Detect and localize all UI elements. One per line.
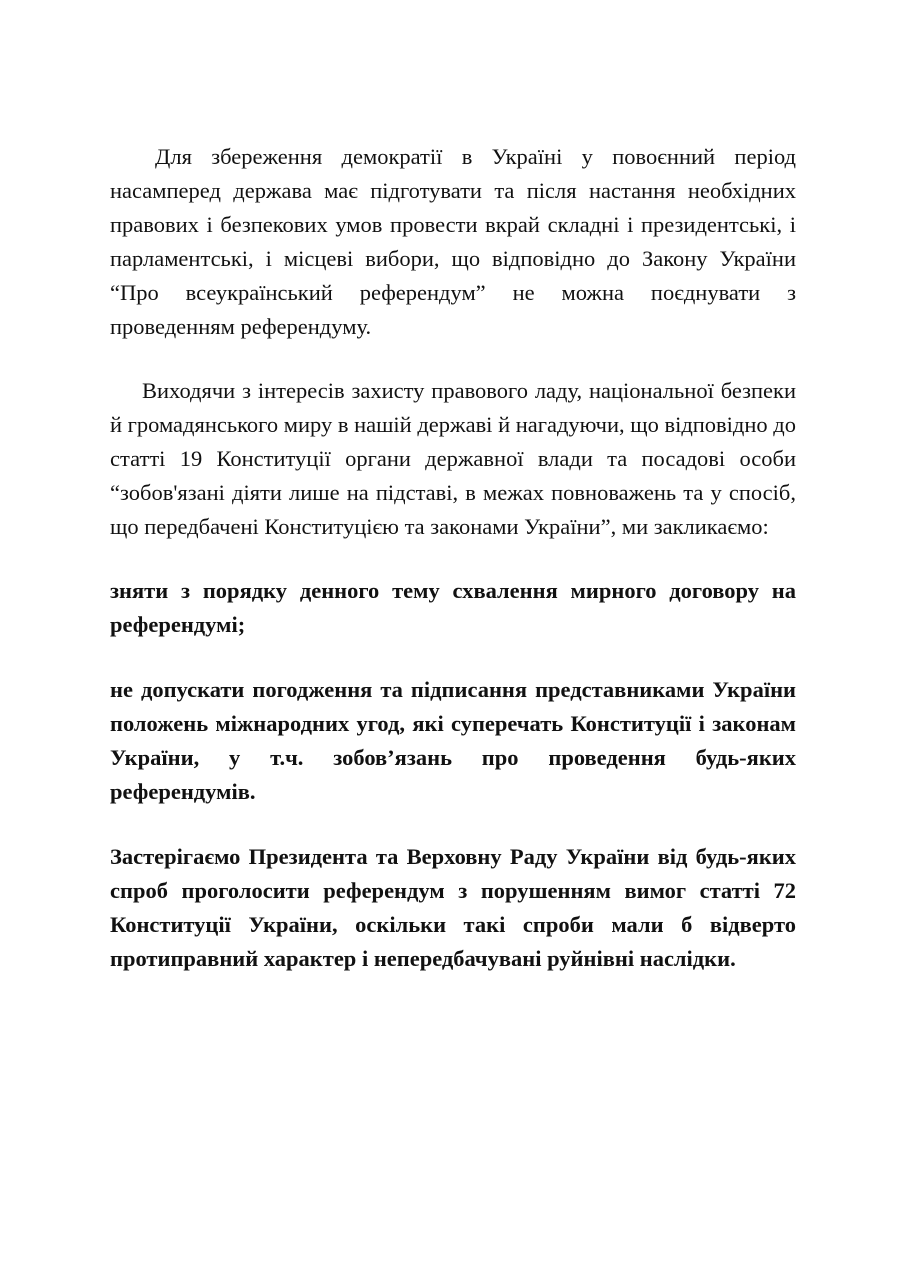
paragraph-democracy-elections: Для збереження демократії в Україні у по… [110, 140, 796, 344]
demand-remove-peace-treaty-referendum: зняти з порядку денного тему схвалення м… [110, 574, 796, 642]
demand-no-international-agreements-against-constitution: не допускати погодження та підписання пр… [110, 673, 796, 809]
warning-president-parliament: Застерігаємо Президента та Верховну Раду… [110, 840, 796, 976]
document-page: Для збереження демократії в Україні у по… [110, 140, 796, 976]
paragraph-constitution-article-19: Виходячи з інтересів захисту правового л… [110, 374, 796, 544]
